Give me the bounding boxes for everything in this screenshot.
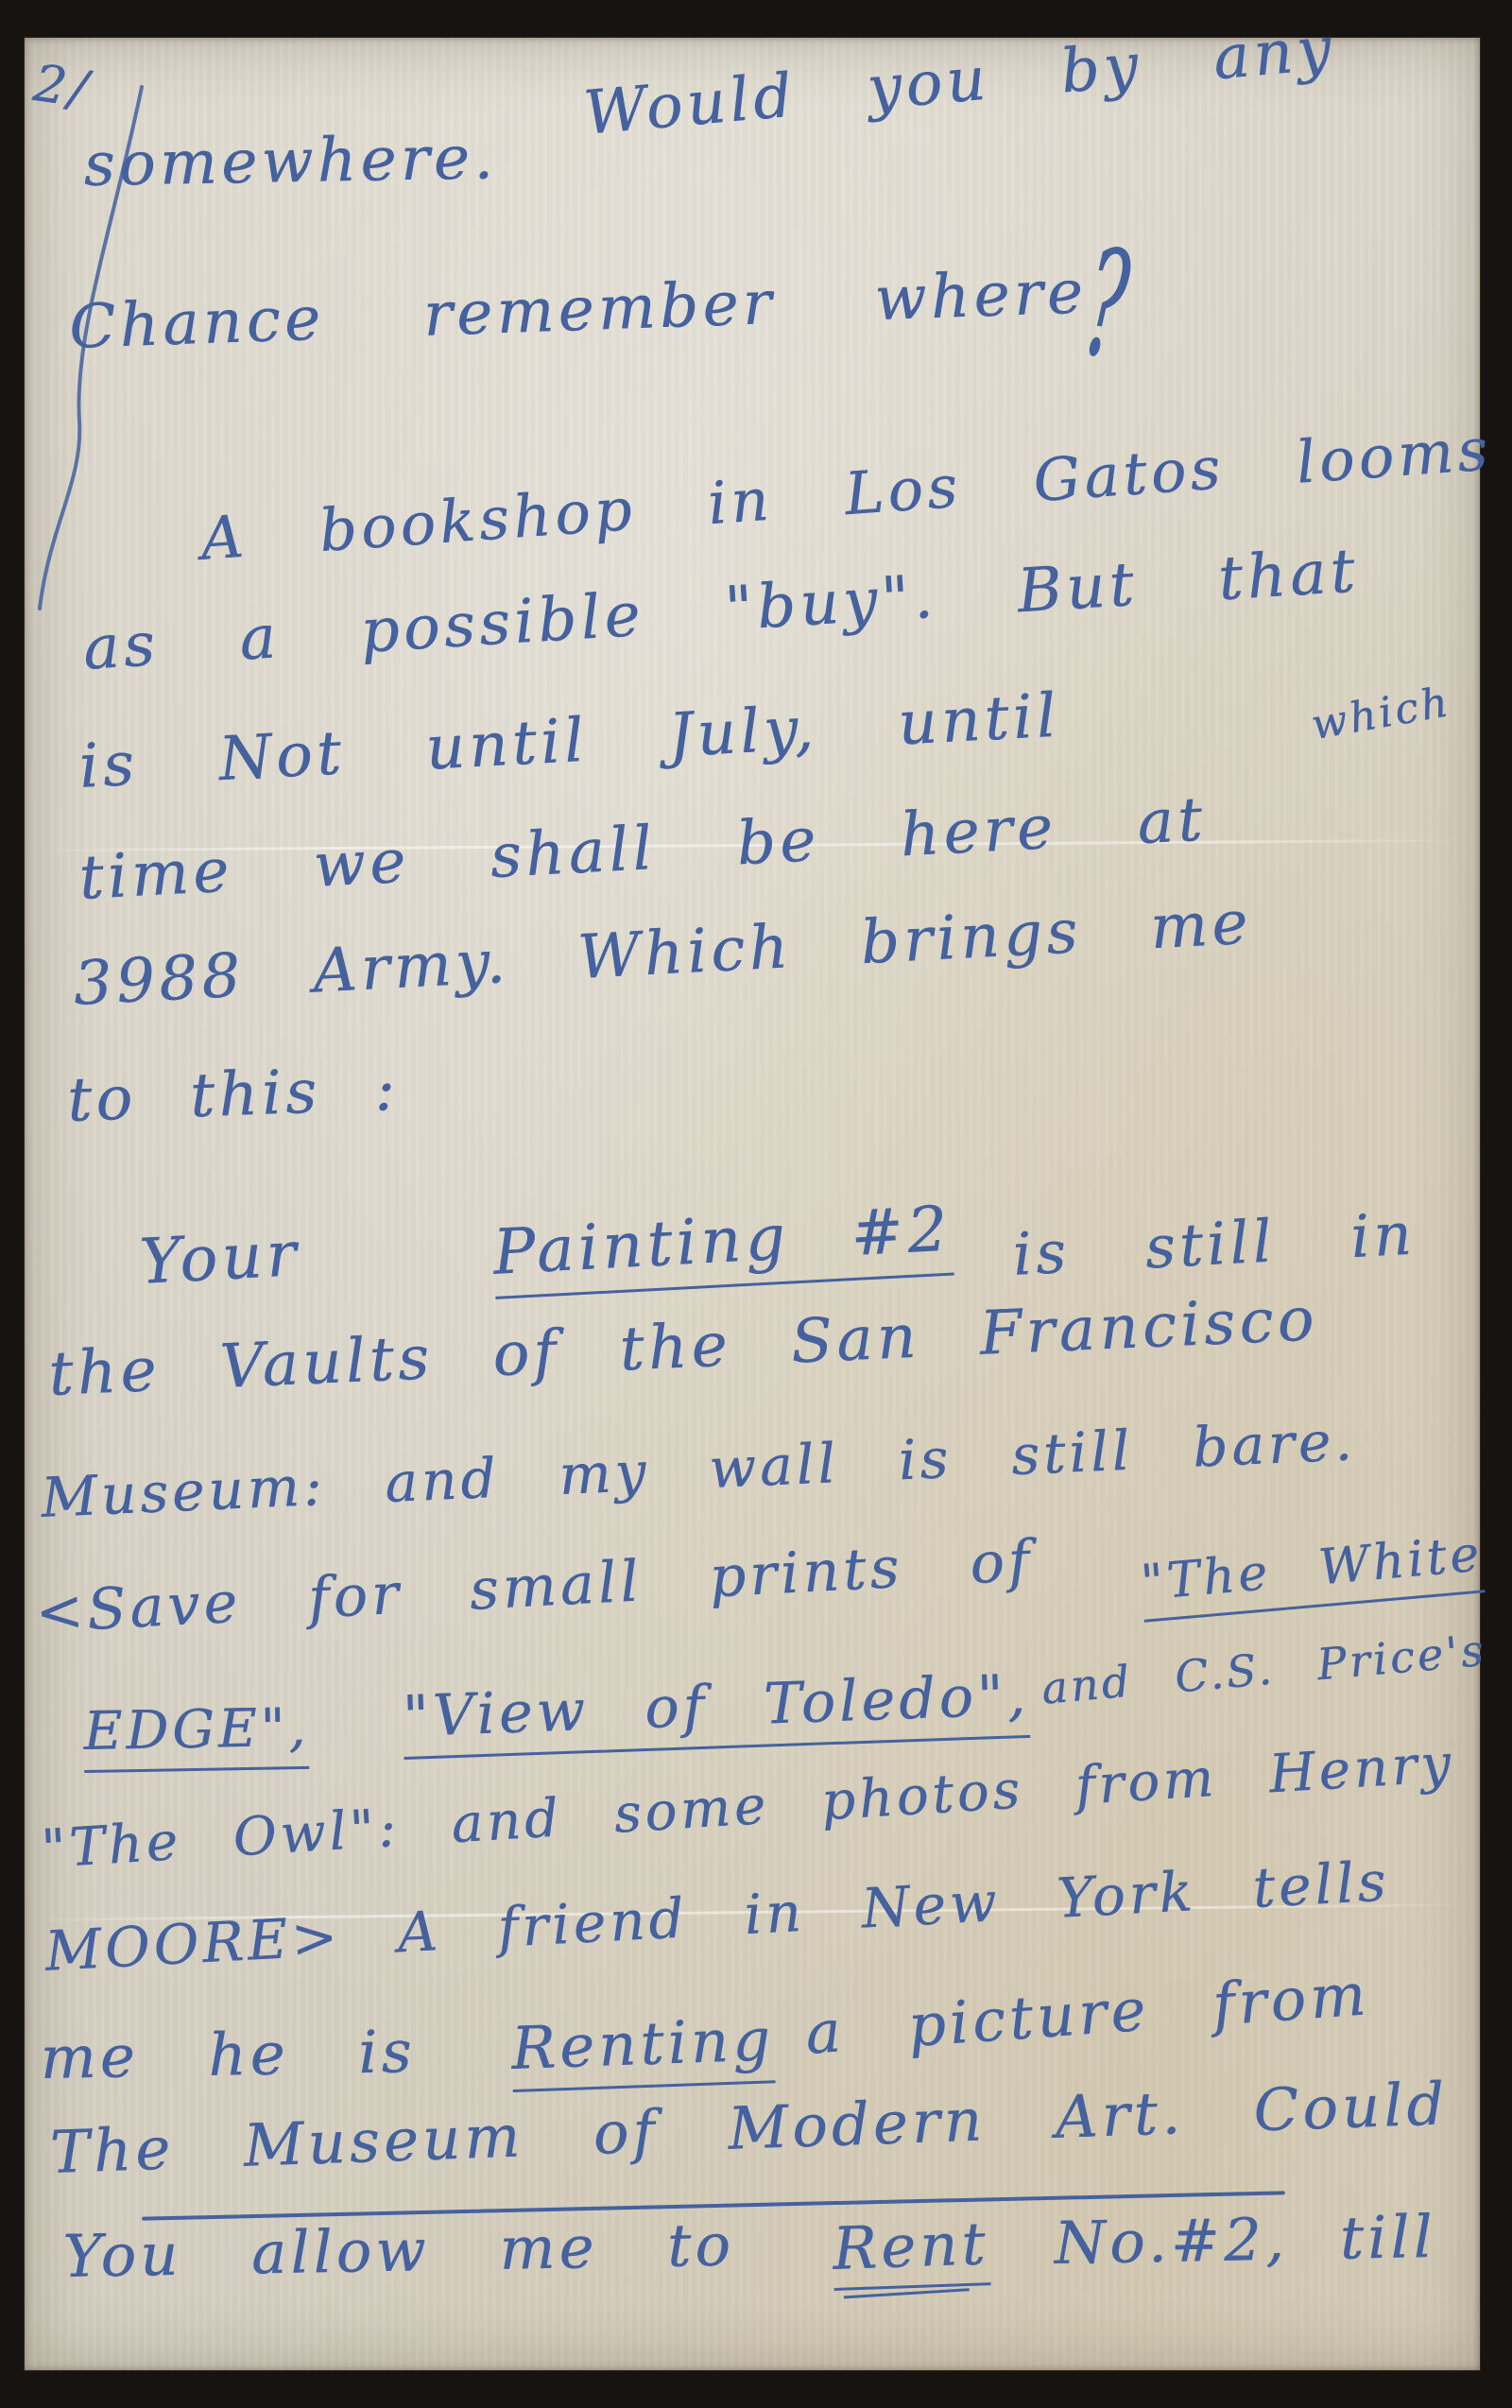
hw-segment-underlined: Painting #2 (491, 1195, 954, 1299)
hw-segment: MOORE> A friend in New York tells (43, 1851, 1391, 1982)
hw-segment: the Vaults of the San Francisco (47, 1286, 1319, 1408)
hw-segment: to this : (66, 1057, 400, 1135)
hw-segment: Museum: and my wall is still bare. (40, 1411, 1357, 1528)
hw-segment: me he is (40, 2020, 416, 2090)
hw-segment-underlined: "The White (1139, 1527, 1486, 1622)
hw-segment: The Museum of Modern Art. Could (49, 2072, 1449, 2185)
hw-segment: Would you by any (581, 15, 1338, 147)
hw-segment: Your (138, 1220, 302, 1297)
hw-segment-double-underlined: Rent (832, 2211, 990, 2291)
hw-segment-underlined: "View of Toledo", (402, 1664, 1031, 1760)
hw-segment-inserted-word: which (1308, 679, 1454, 748)
hw-segment-underlined: Renting (510, 2007, 776, 2092)
hw-segment: time we shall be here at (77, 787, 1208, 913)
hw-segment: 3988 Army. Which brings me (72, 890, 1253, 1019)
hw-segment-underlined: EDGE", (83, 1699, 310, 1773)
hw-segment: You allow me to (62, 2213, 735, 2290)
photographed-letter-page: { "document": { "type_label": "handwritt… (0, 0, 1512, 2408)
letter-paper: 2/ somewhere. Would you by any Chance re… (25, 38, 1480, 2370)
hw-segment: somewhere. (83, 125, 498, 198)
hw-segment: is still in (1011, 1202, 1417, 1287)
hw-segment: is Not until July, until (77, 683, 1061, 801)
page-number: 2/ (30, 55, 94, 118)
hw-segment: a picture from (803, 1962, 1371, 2066)
hw-segment: Chance remember where (68, 259, 1088, 361)
question-mark-stroke: ? (1076, 225, 1141, 391)
hw-segment: No.#2, till (1054, 2205, 1436, 2276)
hw-segment: <Save for small prints of (34, 1530, 1035, 1644)
hw-segment: and C.S. Price's (1039, 1626, 1488, 1713)
